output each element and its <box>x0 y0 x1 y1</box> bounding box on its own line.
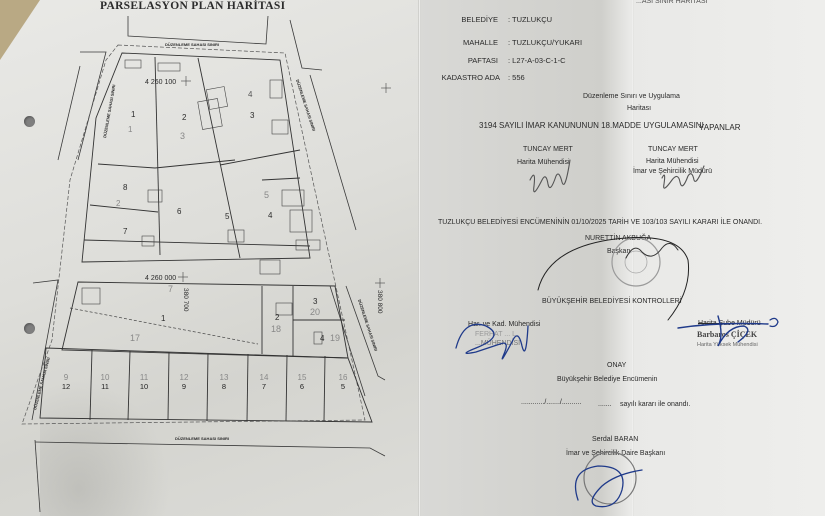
parcel-number: 12 <box>62 382 70 391</box>
parcellation-map: DÜZENLEME SAHASI SINIRI DÜZENLEME SAHASI… <box>0 0 420 516</box>
signature-controller-right <box>678 316 768 346</box>
parcel-number: 11 <box>101 382 109 391</box>
boundary-label: DÜZENLEME SAHASI SINIRI <box>175 436 229 441</box>
boundary-label: DÜZENLEME SAHASI SINIRI <box>102 84 116 138</box>
signatures-and-stamps <box>418 0 825 516</box>
parcel-number: 2 <box>182 113 187 122</box>
parcel-number: 3 <box>250 111 255 120</box>
old-parcel-number: 7 <box>168 284 173 294</box>
old-parcel-number: 17 <box>130 333 140 343</box>
coord-easting: 380 700 <box>182 288 189 312</box>
parcel-number: 8 <box>222 382 226 391</box>
parcel-number: 9 <box>182 382 186 391</box>
parcel-number: 8 <box>123 183 128 192</box>
old-parcel-number: 11 <box>140 373 149 382</box>
parcel-number: 1 <box>161 314 166 323</box>
parcel-number: 4 <box>248 90 253 99</box>
boundary-label: DÜZENLEME SAHASI SINIRI <box>165 42 219 47</box>
old-parcel-number: 3 <box>180 131 185 141</box>
old-parcel-number: 19 <box>330 333 340 343</box>
signature-maker-2 <box>662 166 704 188</box>
old-parcel-number: 18 <box>271 324 281 334</box>
old-parcel-number: 10 <box>101 373 110 382</box>
parcel-number: 3 <box>313 297 318 306</box>
parcel-number: 1 <box>131 110 136 119</box>
old-parcel-number: 13 <box>220 373 229 382</box>
old-parcel-number: 14 <box>260 373 269 382</box>
parcel-number: 10 <box>140 382 148 391</box>
parcel-number: 5 <box>341 382 345 391</box>
old-parcel-number: 12 <box>180 373 189 382</box>
parcel-number: 4 <box>320 334 325 343</box>
old-parcel-number: 9 <box>64 373 69 382</box>
parcel-number: 6 <box>300 382 304 391</box>
old-parcel-number: 16 <box>339 373 348 382</box>
parcel-number: 7 <box>123 227 128 236</box>
coord-northing: 4 260 000 <box>145 275 176 282</box>
coord-northing: 4 260 100 <box>145 79 176 86</box>
parcel-number: 7 <box>262 382 266 391</box>
old-parcel-number: 2 <box>116 199 121 208</box>
parcel-number: 5 <box>225 212 230 221</box>
signature-mayor <box>538 238 689 321</box>
parcel-number: 6 <box>177 207 182 216</box>
coord-easting: 380 800 <box>376 290 383 314</box>
old-parcel-number: 1 <box>128 125 133 134</box>
signature-maker-1 <box>530 160 570 192</box>
old-parcel-number: 20 <box>310 307 320 317</box>
old-parcel-number: 15 <box>298 373 307 382</box>
stamp-icon <box>612 238 660 286</box>
parcel-number: 4 <box>268 211 273 220</box>
signature-controller-left <box>456 324 528 359</box>
stamp-icon <box>584 452 636 504</box>
parcel-number: 2 <box>275 313 280 322</box>
old-parcel-number: 5 <box>264 190 269 200</box>
